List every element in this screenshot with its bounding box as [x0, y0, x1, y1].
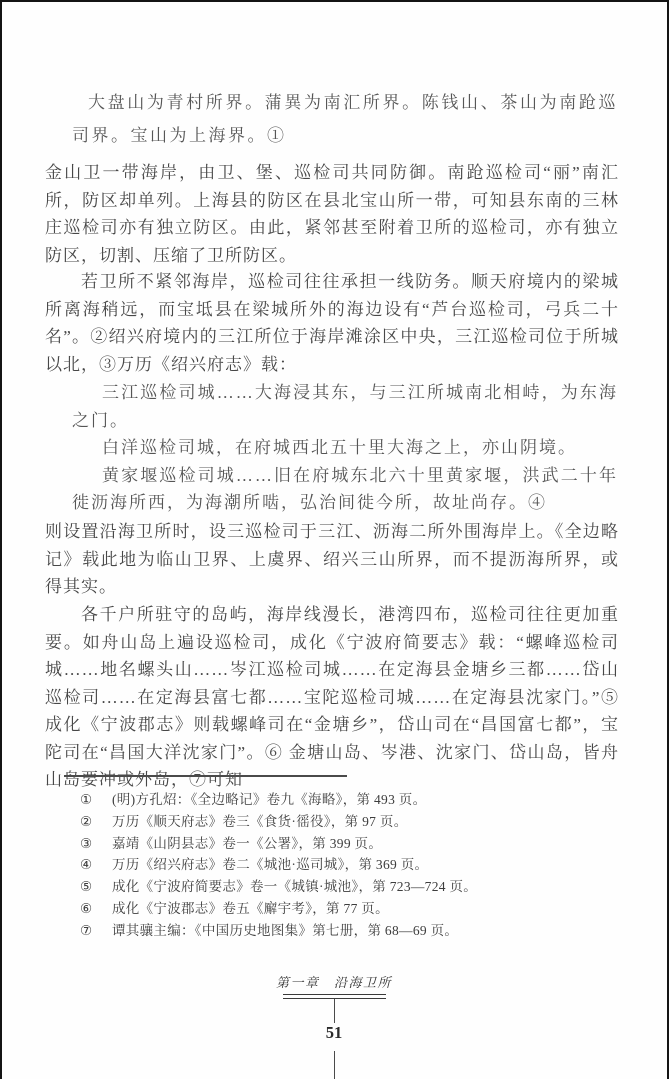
footnote-text: 嘉靖《山阴县志》卷一《公署》，第 399 页。 [112, 833, 630, 855]
block-quote-item-sanjiang: 三江巡检司城……大海浸其东，与三江所城南北相峙，为东海之门。 [72, 379, 618, 434]
footnote: ⑦ 谭其骧主编：《中国历史地图集》第七册，第 68—69 页。 [80, 920, 630, 942]
footnote-marker: ② [80, 811, 102, 833]
footnote: ① (明)方孔炤：《全边略记》卷九《海略》，第 493 页。 [80, 789, 630, 811]
footnote: ⑤ 成化《宁波府简要志》卷一《城镇·城池》，第 723—724 页。 [80, 876, 630, 898]
block-quote-gazetteer: 三江巡检司城……大海浸其东，与三江所城南北相峙，为东海之门。 白洋巡检司城，在府… [72, 379, 618, 517]
footnote-list: ① (明)方孔炤：《全边略记》卷九《海略》，第 493 页。 ② 万历《顺天府志… [64, 789, 630, 942]
footnote-marker: ① [80, 789, 102, 811]
chapter-running-title: 第一章 沿海卫所 [258, 972, 410, 991]
paragraph-after-quote: 金山卫一带海岸，由卫、堡、巡检司共同防御。南跄巡检司“丽”南汇所，防区却单列。上… [45, 159, 619, 269]
footer-vertical-line-lower [334, 1051, 335, 1079]
block-quote-item-baiyang: 白洋巡检司城，在府城西北五十里大海之上，亦山阴境。 [72, 434, 618, 462]
footnote-text: 谭其骧主编：《中国历史地图集》第七册，第 68—69 页。 [112, 920, 630, 942]
footnote: ② 万历《顺天府志》卷三《食货·徭役》，第 97 页。 [80, 811, 630, 833]
footnote-text: (明)方孔炤：《全边略记》卷九《海略》，第 493 页。 [112, 789, 630, 811]
footnote-marker: ④ [80, 854, 102, 876]
book-page: 大盘山为青村所界。蒲異为南汇所界。陈钱山、茶山为南跄巡司界。宝山为上海界。① 金… [0, 0, 669, 1079]
footnote-text: 成化《宁波郡志》卷五《廨宇考》，第 77 页。 [112, 898, 630, 920]
footnote-separator-rule [64, 775, 347, 777]
footer-vertical-line-upper [334, 999, 335, 1023]
paragraph-conclusion: 则设置沿海卫所时，设三巡检司于三江、沥海二所外围海岸上。《全边略记》载此地为临山… [45, 518, 619, 601]
footnote: ④ 万历《绍兴府志》卷二《城池·巡司城》，第 369 页。 [80, 854, 630, 876]
footnote-marker: ⑦ [80, 920, 102, 942]
block-quote-item-huangjiayan: 黄家堰巡检司城……旧在府城东北六十里黄家堰，洪武二十年徙沥海所西，为海潮所啮，弘… [72, 462, 618, 517]
paragraph-frontline-defense: 若卫所不紧邻海岸，巡检司往往承担一线防务。顺天府境内的梁城所离海稍远，而宝坻县在… [45, 268, 619, 378]
footnote: ③ 嘉靖《山阴县志》卷一《公署》，第 399 页。 [80, 833, 630, 855]
footnote-marker: ⑥ [80, 898, 102, 920]
footnote-text: 万历《顺天府志》卷三《食货·徭役》，第 97 页。 [112, 811, 630, 833]
block-quote-continuation: 大盘山为青村所界。蒲異为南汇所界。陈钱山、茶山为南跄巡司界。宝山为上海界。① [72, 86, 618, 152]
footnote: ⑥ 成化《宁波郡志》卷五《廨宇考》，第 77 页。 [80, 898, 630, 920]
footnote-marker: ③ [80, 833, 102, 855]
footnote-text: 成化《宁波府简要志》卷一《城镇·城池》，第 723—724 页。 [112, 876, 630, 898]
page-number: 51 [309, 1023, 359, 1043]
footnote-marker: ⑤ [80, 876, 102, 898]
paragraph-islands: 各千户所驻守的岛屿，海岸线漫长，港湾四布，巡检司往往更加重要。如舟山岛上遍设巡检… [45, 601, 619, 794]
footnote-text: 万历《绍兴府志》卷二《城池·巡司城》，第 369 页。 [112, 854, 630, 876]
